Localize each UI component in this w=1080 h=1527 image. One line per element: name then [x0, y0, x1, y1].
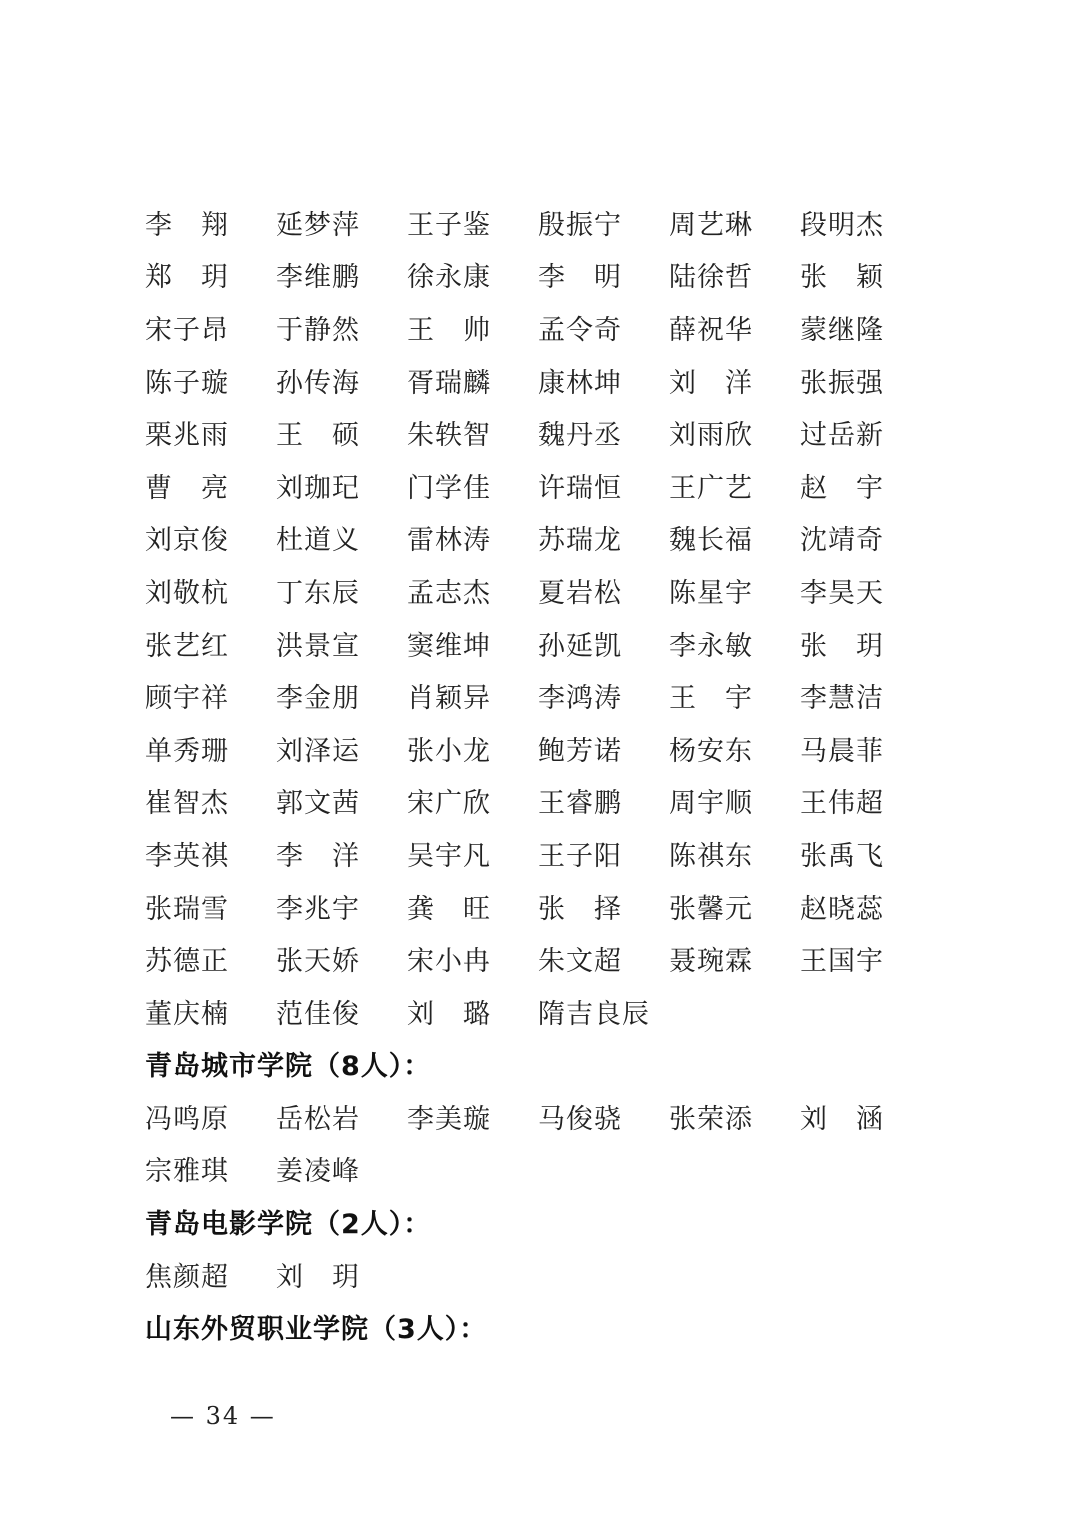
person-name: 宋广欣 — [407, 781, 538, 820]
person-name: 张禹飞 — [800, 834, 931, 873]
person-name: 杜道义 — [276, 518, 407, 557]
person-name: 魏丹丞 — [538, 413, 669, 452]
person-name: 李 翔 — [145, 203, 276, 242]
institution-heading: 青岛电影学院（2人）： — [145, 1195, 945, 1248]
person-name: 张 择 — [538, 887, 669, 926]
person-name: 张瑞雪 — [145, 887, 276, 926]
person-name: 许瑞恒 — [538, 466, 669, 505]
person-name: 张小龙 — [407, 729, 538, 768]
person-name: 殷振宁 — [538, 203, 669, 242]
person-name: 刘 涵 — [800, 1097, 931, 1136]
name-row: 张艺红洪景宣窦维坤孙延凯李永敏张 玥 — [145, 617, 945, 670]
name-row: 郑 玥李维鹏徐永康李 明陆徐哲张 颖 — [145, 249, 945, 302]
name-row: 刘京俊杜道义雷林涛苏瑞龙魏长福沈靖奇 — [145, 512, 945, 565]
person-name: 郑 玥 — [145, 255, 276, 294]
person-name: 张荣添 — [669, 1097, 800, 1136]
person-name: 于静然 — [276, 308, 407, 347]
name-row: 宗雅琪姜凌峰 — [145, 1143, 945, 1196]
name-row: 刘敬杭丁东辰孟志杰夏岩松陈星宇李昊天 — [145, 564, 945, 617]
person-name: 陈子璇 — [145, 361, 276, 400]
person-name: 李慧洁 — [800, 676, 931, 715]
person-name: 薛祝华 — [669, 308, 800, 347]
person-name: 延梦萍 — [276, 203, 407, 242]
person-name: 张馨元 — [669, 887, 800, 926]
person-name: 刘泽运 — [276, 729, 407, 768]
person-name: 肖颖异 — [407, 676, 538, 715]
person-name: 蒙继隆 — [800, 308, 931, 347]
person-name: 焦颜超 — [145, 1255, 276, 1294]
person-name: 吴宇凡 — [407, 834, 538, 873]
person-name: 张 玥 — [800, 624, 931, 663]
person-name: 李金朋 — [276, 676, 407, 715]
person-name: 王子鉴 — [407, 203, 538, 242]
name-row: 曹 亮刘珈玘门学佳许瑞恒王广艺赵 宇 — [145, 459, 945, 512]
name-row: 崔智杰郭文茜宋广欣王睿鹏周宇顺王伟超 — [145, 775, 945, 828]
person-name: 李昊天 — [800, 571, 931, 610]
person-name: 徐永康 — [407, 255, 538, 294]
person-name: 隋吉良辰 — [538, 992, 669, 1031]
name-row: 栗兆雨王 硕朱轶智魏丹丞刘雨欣过岳新 — [145, 406, 945, 459]
person-name: 李英祺 — [145, 834, 276, 873]
person-name: 夏岩松 — [538, 571, 669, 610]
name-row: 焦颜超刘 玥 — [145, 1248, 945, 1301]
person-name: 顾宇祥 — [145, 676, 276, 715]
person-name: 马俊骁 — [538, 1097, 669, 1136]
name-row: 李 翔延梦萍王子鉴殷振宁周艺琳段明杰 — [145, 196, 945, 249]
person-name: 范佳俊 — [276, 992, 407, 1031]
person-name: 崔智杰 — [145, 781, 276, 820]
name-list: 李 翔延梦萍王子鉴殷振宁周艺琳段明杰郑 玥李维鹏徐永康李 明陆徐哲张 颖宋子昂于… — [145, 196, 945, 1353]
person-name: 李美璇 — [407, 1097, 538, 1136]
person-name: 曹 亮 — [145, 466, 276, 505]
name-row: 宋子昂于静然王 帅孟令奇薛祝华蒙继隆 — [145, 301, 945, 354]
person-name: 段明杰 — [800, 203, 931, 242]
person-name: 李兆宇 — [276, 887, 407, 926]
person-name: 郭文茜 — [276, 781, 407, 820]
person-name: 洪景宣 — [276, 624, 407, 663]
person-name: 李 明 — [538, 255, 669, 294]
person-name: 刘 玥 — [276, 1255, 407, 1294]
name-row: 张瑞雪李兆宇龚 旺张 择张馨元赵晓蕊 — [145, 880, 945, 933]
person-name: 张 颖 — [800, 255, 931, 294]
person-name: 胥瑞麟 — [407, 361, 538, 400]
institution-heading: 青岛城市学院（8人）： — [145, 1038, 945, 1091]
person-name: 杨安东 — [669, 729, 800, 768]
person-name: 窦维坤 — [407, 624, 538, 663]
person-name: 刘珈玘 — [276, 466, 407, 505]
name-row: 李英祺李 洋吴宇凡王子阳陈祺东张禹飞 — [145, 827, 945, 880]
person-name: 董庆楠 — [145, 992, 276, 1031]
person-name: 张艺红 — [145, 624, 276, 663]
person-name: 宗雅琪 — [145, 1149, 276, 1188]
person-name: 过岳新 — [800, 413, 931, 452]
person-name: 刘敬杭 — [145, 571, 276, 610]
person-name: 聂琬霖 — [669, 939, 800, 978]
person-name: 宋子昂 — [145, 308, 276, 347]
name-row: 陈子璇孙传海胥瑞麟康林坤刘 洋张振强 — [145, 354, 945, 407]
person-name: 单秀珊 — [145, 729, 276, 768]
person-name: 孙传海 — [276, 361, 407, 400]
name-row: 董庆楠范佳俊刘 璐隋吉良辰 — [145, 985, 945, 1038]
person-name: 周宇顺 — [669, 781, 800, 820]
person-name: 陈祺东 — [669, 834, 800, 873]
person-name: 张天娇 — [276, 939, 407, 978]
person-name: 李 洋 — [276, 834, 407, 873]
page-number: — 34 — — [170, 1402, 276, 1430]
person-name: 陈星宇 — [669, 571, 800, 610]
person-name: 赵 宇 — [800, 466, 931, 505]
person-name: 周艺琳 — [669, 203, 800, 242]
person-name: 马晨菲 — [800, 729, 931, 768]
person-name: 龚 旺 — [407, 887, 538, 926]
person-name: 王广艺 — [669, 466, 800, 505]
person-name: 姜凌峰 — [276, 1149, 407, 1188]
person-name: 王 硕 — [276, 413, 407, 452]
person-name: 李维鹏 — [276, 255, 407, 294]
person-name: 王睿鹏 — [538, 781, 669, 820]
person-name: 陆徐哲 — [669, 255, 800, 294]
person-name: 李永敏 — [669, 624, 800, 663]
person-name: 栗兆雨 — [145, 413, 276, 452]
person-name: 雷林涛 — [407, 518, 538, 557]
institution-heading: 山东外贸职业学院（3人）： — [145, 1300, 945, 1353]
person-name: 宋小冉 — [407, 939, 538, 978]
person-name: 门学佳 — [407, 466, 538, 505]
person-name: 岳松岩 — [276, 1097, 407, 1136]
person-name: 沈靖奇 — [800, 518, 931, 557]
person-name: 刘京俊 — [145, 518, 276, 557]
person-name: 朱文超 — [538, 939, 669, 978]
person-name: 王伟超 — [800, 781, 931, 820]
person-name: 李鸿涛 — [538, 676, 669, 715]
person-name: 朱轶智 — [407, 413, 538, 452]
person-name: 王子阳 — [538, 834, 669, 873]
name-row: 冯鸣原岳松岩李美璇马俊骁张荣添刘 涵 — [145, 1090, 945, 1143]
person-name: 魏长福 — [669, 518, 800, 557]
person-name: 冯鸣原 — [145, 1097, 276, 1136]
person-name: 鲍芳诺 — [538, 729, 669, 768]
person-name: 赵晓蕊 — [800, 887, 931, 926]
person-name: 苏德正 — [145, 939, 276, 978]
name-row: 顾宇祥李金朋肖颖异李鸿涛王 宇李慧洁 — [145, 669, 945, 722]
person-name: 王国宇 — [800, 939, 931, 978]
person-name: 丁东辰 — [276, 571, 407, 610]
name-row: 单秀珊刘泽运张小龙鲍芳诺杨安东马晨菲 — [145, 722, 945, 775]
person-name: 孙延凯 — [538, 624, 669, 663]
person-name: 孟令奇 — [538, 308, 669, 347]
person-name: 刘 璐 — [407, 992, 538, 1031]
person-name: 康林坤 — [538, 361, 669, 400]
person-name: 刘 洋 — [669, 361, 800, 400]
person-name: 王 宇 — [669, 676, 800, 715]
name-row: 苏德正张天娇宋小冉朱文超聂琬霖王国宇 — [145, 932, 945, 985]
document-page: 李 翔延梦萍王子鉴殷振宁周艺琳段明杰郑 玥李维鹏徐永康李 明陆徐哲张 颖宋子昂于… — [0, 0, 1080, 1527]
person-name: 孟志杰 — [407, 571, 538, 610]
person-name: 王 帅 — [407, 308, 538, 347]
person-name: 苏瑞龙 — [538, 518, 669, 557]
person-name: 刘雨欣 — [669, 413, 800, 452]
person-name: 张振强 — [800, 361, 931, 400]
